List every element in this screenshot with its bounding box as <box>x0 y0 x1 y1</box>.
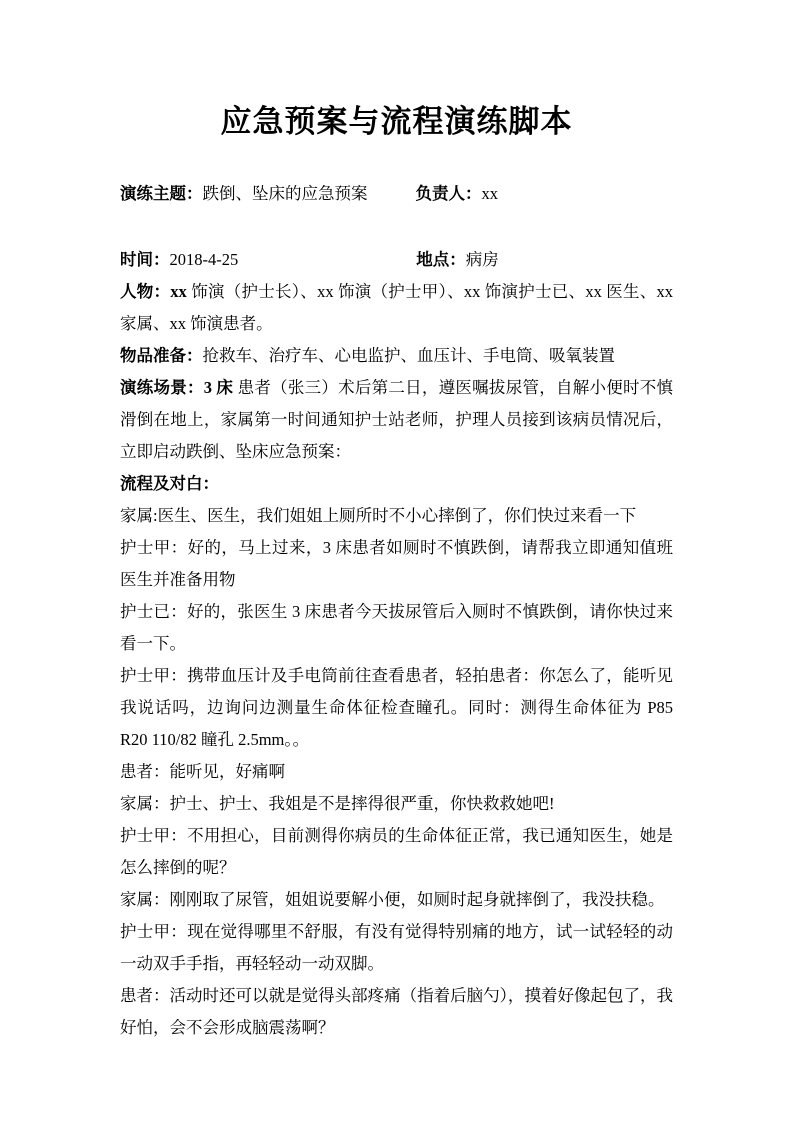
paragraph: 物品准备：抢救车、治疗车、心电监护、血压计、手电筒、吸氧装置 <box>120 340 673 372</box>
text-segment: 护士甲：现在觉得哪里不舒服，有没有觉得特别痛的地方，试一试轻轻的动一动双手手指，… <box>120 922 673 973</box>
document-title: 应急预案与流程演练脚本 <box>120 102 673 142</box>
paragraph: 人物：xx 饰演（护士长）、xx 饰演（护士甲）、xx 饰演护士已、xx 医生、… <box>120 276 673 340</box>
bold-text-segment: 时间： <box>120 250 170 269</box>
document-page: 应急预案与流程演练脚本 演练主题：跌倒、坠床的应急预案负责人：xx时间：2018… <box>0 0 793 1122</box>
text-segment: 家属:医生、医生，我们姐姐上厕所时不小心摔倒了，你们快过来看一下 <box>120 506 636 525</box>
bold-text-segment: 演练主题： <box>120 184 203 203</box>
tab-spacer <box>238 264 416 265</box>
paragraphs-container: 演练主题：跌倒、坠床的应急预案负责人：xx时间：2018-4-25地点：病房人物… <box>120 178 673 1044</box>
bold-text-segment: 演练场景：3 床 <box>120 378 233 397</box>
paragraph: 家属：刚刚取了尿管，姐姐说要解小便，如厕时起身就摔倒了，我没扶稳。 <box>120 884 673 916</box>
text-segment: 病房 <box>466 250 499 269</box>
paragraph: 患者：活动时还可以就是觉得头部疼痛（指着后脑勺），摸着好像起包了，我好怕，会不会… <box>120 980 673 1044</box>
paragraph: 患者：能听见，好痛啊 <box>120 756 673 788</box>
bold-text-segment: 负责人： <box>416 184 482 203</box>
bold-text-segment: 地点： <box>416 250 466 269</box>
paragraph: 时间：2018-4-25地点：病房 <box>120 244 673 276</box>
paragraph: 家属：护士、护士、我姐是不是摔得很严重，你快救救她吧! <box>120 788 673 820</box>
paragraph: 护士甲：好的，马上过来，3 床患者如厕时不慎跌倒，请帮我立即通知值班医生并准备用… <box>120 532 673 596</box>
paragraph: 护士甲：不用担心，目前测得你病员的生命体征正常，我已通知医生，她是怎么摔倒的呢？ <box>120 820 673 884</box>
text-segment: 患者：活动时还可以就是觉得头部疼痛（指着后脑勺），摸着好像起包了，我好怕，会不会… <box>120 986 673 1037</box>
bold-text-segment: 物品准备： <box>120 346 203 365</box>
text-segment: 2018-4-25 <box>170 250 239 269</box>
paragraph: 护士甲：现在觉得哪里不舒服，有没有觉得特别痛的地方，试一试轻轻的动一动双手手指，… <box>120 916 673 980</box>
text-segment: 饰演（护士长）、xx 饰演（护士甲）、xx 饰演护士已、xx 医生、xx 家属、… <box>120 282 677 333</box>
bold-text-segment: 流程及对白： <box>120 474 219 493</box>
paragraph: 护士甲：携带血压计及手电筒前往查看患者，轻拍患者：你怎么了，能听见我说话吗，边询… <box>120 660 673 756</box>
text-segment: 家属：护士、护士、我姐是不是摔得很严重，你快救救她吧! <box>120 794 555 813</box>
text-segment: 护士已：好的，张医生 3 床患者今天拔尿管后入厕时不慎跌倒，请你快过来看一下。 <box>120 602 673 653</box>
text-segment: 患者：能听见，好痛啊 <box>120 762 285 781</box>
blank-line <box>120 210 673 244</box>
paragraph: 演练场景：3 床 患者（张三）术后第二日，遵医嘱拔尿管，自解小便时不慎滑倒在地上… <box>120 372 673 468</box>
text-segment: 护士甲：携带血压计及手电筒前往查看患者，轻拍患者：你怎么了，能听见我说话吗，边询… <box>120 666 677 749</box>
paragraph: 护士已：好的，张医生 3 床患者今天拔尿管后入厕时不慎跌倒，请你快过来看一下。 <box>120 596 673 660</box>
tab-spacer <box>368 198 416 199</box>
text-segment: 抢救车、治疗车、心电监护、血压计、手电筒、吸氧装置 <box>203 346 616 365</box>
text-segment: 护士甲：不用担心，目前测得你病员的生命体征正常，我已通知医生，她是怎么摔倒的呢？ <box>120 826 673 877</box>
paragraph: 流程及对白： <box>120 468 673 500</box>
paragraph: 演练主题：跌倒、坠床的应急预案负责人：xx <box>120 178 673 210</box>
text-segment: 家属：刚刚取了尿管，姐姐说要解小便，如厕时起身就摔倒了，我没扶稳。 <box>120 890 665 909</box>
text-segment: 跌倒、坠床的应急预案 <box>203 184 368 203</box>
bold-text-segment: 人物：xx <box>120 282 187 301</box>
text-segment: xx <box>482 184 499 203</box>
paragraph: 家属:医生、医生，我们姐姐上厕所时不小心摔倒了，你们快过来看一下 <box>120 500 673 532</box>
text-segment: 护士甲：好的，马上过来，3 床患者如厕时不慎跌倒，请帮我立即通知值班医生并准备用… <box>120 538 673 589</box>
